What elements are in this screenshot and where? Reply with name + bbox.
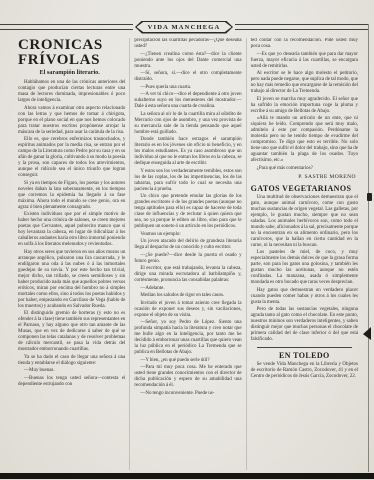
article-paragraph: Si ya en tiempos de Fígaro, los poetas y…	[18, 181, 125, 211]
article-paragraph: Median los saludos de rigor en tales cas…	[134, 293, 241, 299]
article-paragraph: Ahora vamos á examinar otro aspecto rela…	[18, 106, 125, 136]
masthead: VIDA MANCHEGA	[0, 20, 368, 34]
article-paragraph: La señora al oír lo de la cuartilla mira…	[134, 112, 241, 136]
article-paragraph: Ello es, que cerebros enfermizos trasnoc…	[18, 137, 125, 179]
article-paragraph: Un chico que pretende emular las glorias…	[134, 194, 241, 230]
article-paragraph: Existen individuos que por el simple mot…	[18, 212, 125, 248]
article-paragraph: Invitado el joven á tomar asiento cree l…	[134, 301, 241, 319]
gatos-paragraph: Hay gatos que demuestran un verdadero pl…	[251, 288, 358, 306]
gatos-paragraph: Pero de todas las sustancias vegetales, …	[251, 307, 358, 343]
article-paragraph: —A ver tú chico—dice el dependiente á ot…	[134, 92, 241, 110]
gatos-heading: GATOS VEGETARIANOS	[251, 184, 358, 193]
column-middle: precipitación las cuartillas pecadoras—¿…	[129, 38, 245, 470]
article-paragraph: Un joven atacado del delirio de grandeza…	[134, 239, 241, 251]
article-paragraph: —Muy buenas.	[18, 368, 125, 374]
article-paragraph: Donde también hace estragos el sarampión…	[134, 137, 241, 167]
article-paragraph: Ya se ha dado el caso de llegar una seño…	[18, 355, 125, 367]
masthead-banner: VIDA MANCHEGA	[135, 21, 233, 34]
article-paragraph: —Adelante.	[134, 286, 241, 292]
article-paragraph: —¿Tienen crealina como ésta?—dice la cli…	[134, 52, 241, 70]
masthead-rule-left	[0, 24, 133, 30]
gatos-paragraph: Los pasteles de miel, de coco, y muy esp…	[251, 250, 358, 286]
page-edge-line	[368, 24, 369, 472]
article-paragraph: «Allá te mando un artículo de un ente, q…	[251, 116, 358, 164]
toledo-text: Se vende Vida Manchega en la Librería y …	[251, 362, 358, 380]
article-paragraph: Al escritor se le hace algo molesto el p…	[251, 71, 358, 95]
masthead-rule-right	[235, 24, 368, 30]
article-paragraph: ted contar con la recomendación. Pide us…	[251, 38, 358, 50]
article-paragraph: —Señor, yo soy Pedro de López. Siento un…	[134, 320, 241, 356]
article-paragraph: precipitación las cuartillas pecadoras—¿…	[134, 38, 241, 50]
article-paragraph: —Para mí muy poca cosa. Me he enterado q…	[134, 365, 241, 389]
article-paragraph: —Pues quería una cuarta.	[134, 85, 241, 91]
article-title-line2: FRÍVOLAS	[18, 52, 100, 68]
article-signature: P. SASTRE MORENO	[251, 174, 356, 180]
masthead-banner-inner: VIDA MANCHEGA	[137, 22, 232, 32]
scan-artifact	[367, 193, 372, 201]
article-paragraph: —No tengo inconveniente. Puede us-	[134, 391, 241, 397]
article-paragraph: Hay otros seres que tuvieron en sus años…	[18, 250, 125, 310]
section-divider-rule	[257, 347, 352, 348]
article-paragraph: Hablábamos en una de las crónicas anteri…	[18, 80, 125, 104]
article-paragraph: Y estos son los verdaderamente temibles,…	[134, 169, 241, 193]
article-paragraph: Veamos un ejemplo:	[134, 232, 241, 238]
toledo-heading: EN TOLEDO	[251, 351, 358, 360]
article-paragraph: —Buenas los tenga usted señora—contesta …	[18, 376, 125, 388]
column-right: ted contar con la recomendación. Pide us…	[246, 38, 362, 470]
scan-artifact	[363, 327, 371, 340]
column-left: CRÓNICASFRÍVOLAS El sarampión literario.…	[14, 38, 129, 470]
article-paragraph: —Es que yo desearía también que para dar…	[251, 52, 358, 70]
gatos-paragraph: Una multitud de observaciones demuestran…	[251, 195, 358, 249]
article-title: CRÓNICASFRÍVOLAS	[18, 38, 125, 68]
article-paragraph: —Sí, señora, sí.—dice el otro completame…	[134, 71, 241, 83]
article-title-line1: CRÓNICAS	[18, 38, 103, 53]
newspaper-page: VIDA MANCHEGA CRÓNICASFRÍVOLAS El saramp…	[0, 0, 374, 480]
article-paragraph: El joven se marcha muy agradecido. El se…	[251, 97, 358, 115]
scan-bottom-edge	[0, 473, 374, 479]
masthead-title: VIDA MANCHEGA	[148, 24, 221, 31]
article-subtitle: El sarampión literario.	[18, 69, 121, 76]
article-paragraph: —¿Se puede?—dice desde la puerta el osad…	[134, 253, 241, 265]
article-paragraph: El distinguido gremio de horteras (y est…	[18, 311, 125, 353]
columns: CRÓNICASFRÍVOLAS El sarampión literario.…	[14, 38, 362, 470]
article-paragraph: ¿Para qué más comentarios?	[251, 166, 358, 172]
article-paragraph: El escritor, que está trabajando, levant…	[134, 266, 241, 284]
article-paragraph: —Y bien, ¿en qué puedo serle útil?	[134, 358, 241, 364]
